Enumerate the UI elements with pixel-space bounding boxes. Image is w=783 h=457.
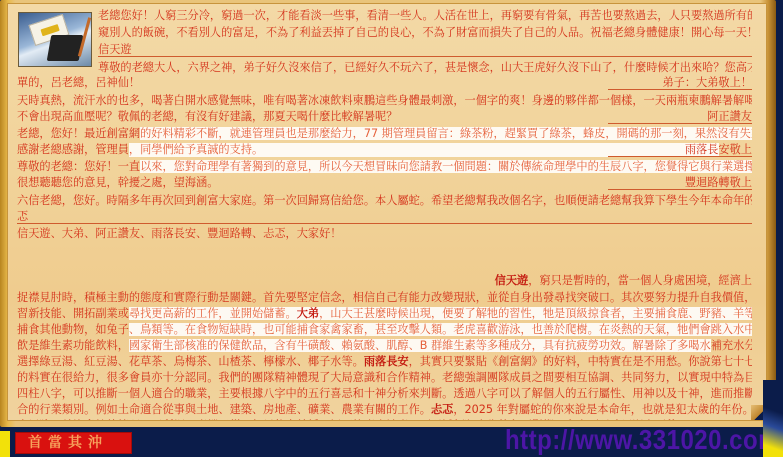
footer-accent xyxy=(0,431,10,457)
letter-2-line-1: 尊敬的老總大人，六界之神，弟子好久沒來信了，已經好久不玩六了，甚是懷念，山大王虎… xyxy=(98,61,752,75)
letter-5-text-a: 尊敬的老總：您好！一直 xyxy=(17,160,140,173)
letter-4-highlight: 的好料精彩不斷，就連管理員也是那麼給力，77 期管理員留言：綠茶粉，趕緊買了綠茶… xyxy=(140,127,752,140)
reply-name-1: 信天遊 xyxy=(495,274,529,287)
letter-3-line-1: 天時真熱，流汗水的也多，喝著白開水感覺無味，唯有喝著冰凍飲料柬鵬這些身體最刺激，… xyxy=(17,94,752,108)
reply-name-9: 忐忑 xyxy=(431,403,453,416)
letter-1-signature: 信天遊 xyxy=(98,43,752,57)
reply-line-2: 捉襟見肘時，積極主動的態度和實際行動是關鍵。首先要堅定信念，相信自己有能力改變現… xyxy=(17,291,752,305)
reply-line-5: 飲是維生素功能飲料，國家衛生部核准的保健飲品，含有牛磺酸、賴氨酸、肌醇、B 群維… xyxy=(17,339,752,353)
letter-4-line-1: 老總，您好！最近創富網的好料精彩不斷，就連管理員也是那麼給力，77 期管理員留言… xyxy=(17,127,752,141)
reply-line-6: 選擇綠豆湯、紅豆湯、花草茶、烏梅茶、山楂茶、檸檬水、椰子水等。雨落長安，其實只要… xyxy=(17,355,752,369)
reply-text-3b: 尋找更高薪的工作，並開始儲蓄。 xyxy=(129,307,297,320)
letter-4-signature: 雨落長安敬上 xyxy=(608,143,752,157)
reply-name-3: 大弟 xyxy=(297,307,319,320)
letter-6-line-1: 六信老總，您好。時隔多年再次回到創富大家庭。第一次回歸寫信給您。本人屬蛇。希望老… xyxy=(17,194,752,208)
letter-6-line-2: 忑 xyxy=(17,210,752,224)
reply-highlight-5: 國家衛生部核准的保健飲品，含有牛磺酸、賴氨酸、肌醇、B 群維生素等多種成分，具有… xyxy=(129,339,711,352)
site-url-link[interactable]: http://www.331020.com xyxy=(505,425,780,457)
letter-thumbnail-image xyxy=(18,12,92,67)
letter-3-signature: 阿正讚友 xyxy=(608,110,752,124)
reply-line-1: 信天遊，窮只是暫時的，當一個人身處困境，經濟上 xyxy=(17,274,752,288)
letter-5-signature: 豐迴路轉敬上 xyxy=(608,176,752,190)
letter-4-text-a: 老總，您好！最近創富網 xyxy=(17,127,140,140)
letter-4-text-d: 感謝老總感謝，管理員 xyxy=(17,143,129,156)
reply-line-10: 度冒險，並注意情緒管理。正所謂一喜擋三災，如果能有結婚、添丁等喜事沖喜，可以減輕… xyxy=(17,419,752,421)
reply-line-8: 四柱八字，可以推斷一個人適合的職業，主要根據八字中的五行喜忌和十神分析來判斷。透… xyxy=(17,387,752,401)
greeting-line: 信天遊、大弟、阿正讚友、雨落長安、豐迴路轉、忐忑，大家好！ xyxy=(17,227,752,241)
reply-line-3: 習新技能、開拓副業或尋找更高薪的工作，並開始儲蓄。大弟，山大王甚麼時候出現，便要… xyxy=(17,307,752,321)
reply-text-9b: ，2025 年對屬蛇的你來說是本命年，也就是犯太歲的年份。需要謹慎行事，避免過 xyxy=(453,403,752,416)
letter-2-signature: 弟子：大弟敬上！ xyxy=(608,76,752,90)
reply-name-6: 雨落長安 xyxy=(364,355,409,368)
section-title: 首當其沖 xyxy=(15,432,132,454)
reply-text-9a: 合的行業類別。例如土命適合從事與土地、建築、房地產、礦業、農業有關的工作。 xyxy=(17,403,431,416)
corner-decoration xyxy=(763,380,783,457)
reply-line-7: 的料實在很給力，很多會員亦十分認同。我們的團隊精神體現了大局意識和合作精神。老總… xyxy=(17,371,752,385)
reply-text-7: 的料實在很給力，很多會員亦十分認同。我們的團隊精神體現了大局意識和合作精神。老總… xyxy=(17,371,752,384)
reply-highlight-4: 、鳥類等。在食物短缺時，也可能捕食家禽家畜，甚至攻擊人類。老虎喜歡游泳，也善於爬… xyxy=(129,323,752,336)
reply-text-6b: ，其實只要緊貼《創富網》的好料，中特實在是不用愁。你說第七十七期開牛 5 號，管… xyxy=(409,355,752,368)
reply-highlight-3: 尋找更高薪的工作，並開始儲蓄。大弟，山大王甚麼時候出現，便要了解牠的習性，牠是頂… xyxy=(129,307,752,320)
reply-line-9: 合的行業類別。例如土命適合從事與土地、建築、房地產、礦業、農業有關的工作。忐忑，… xyxy=(17,403,752,417)
reply-line-4: 捕食其他動物，如兔子、鳥類等。在食物短缺時，也可能捕食家禽家畜，甚至攻擊人類。老… xyxy=(17,323,752,337)
laptop-icon xyxy=(47,35,84,61)
reply-text-3a: 習新技能、開拓副業或 xyxy=(17,307,129,320)
reply-text-5c: 補充水分外，還可以 xyxy=(711,339,752,352)
letter-5-line-1: 尊敬的老總：您好！一直以來，您對命理學有著獨到的意見，所以今天想冒昧向您請教一個… xyxy=(17,160,752,174)
letter-1-line-1: 老總您好！人窮三分冷，窮過一次，才能看淡一些事，看清一些人。人活在世上，再窮要有… xyxy=(98,9,752,23)
reply-text-5a: 飲是維生素功能飲料， xyxy=(17,339,129,352)
reply-text-3c: ，山大王甚麼時候出現，便要了解牠的習性，牠是頂級掠食者，主要捕食鹿、野豬、羊等大 xyxy=(319,307,752,320)
reply-text-6a: 選擇綠豆湯、紅豆湯、花草茶、烏梅茶、山楂茶、檸檬水、椰子水等。 xyxy=(17,355,364,368)
reply-text-1: ，窮只是暫時的，當一個人身處困境，經濟上 xyxy=(528,274,752,287)
letter-5-highlight: 以來，您對命理學有著獨到的意見，所以今天想冒昧向您請教一個問題：關於傳統命理學中… xyxy=(140,160,752,173)
page-frame: 老總您好！人窮三分冷，窮過一次，才能看淡一些事，看清一些人。人活在世上，再窮要有… xyxy=(0,0,783,457)
letter-1-line-2: 窺別人的飯碗，不看別人的富足，不為了利益丟掉了自己的良心，不為了財富而損失了自己… xyxy=(98,26,752,40)
parchment-panel: 老總您好！人窮三分冷，窮過一次，才能看淡一些事，看清一些人。人活在世上，再窮要有… xyxy=(7,3,767,421)
reply-text-4a: 捕食其他動物，如兔子 xyxy=(17,323,129,336)
